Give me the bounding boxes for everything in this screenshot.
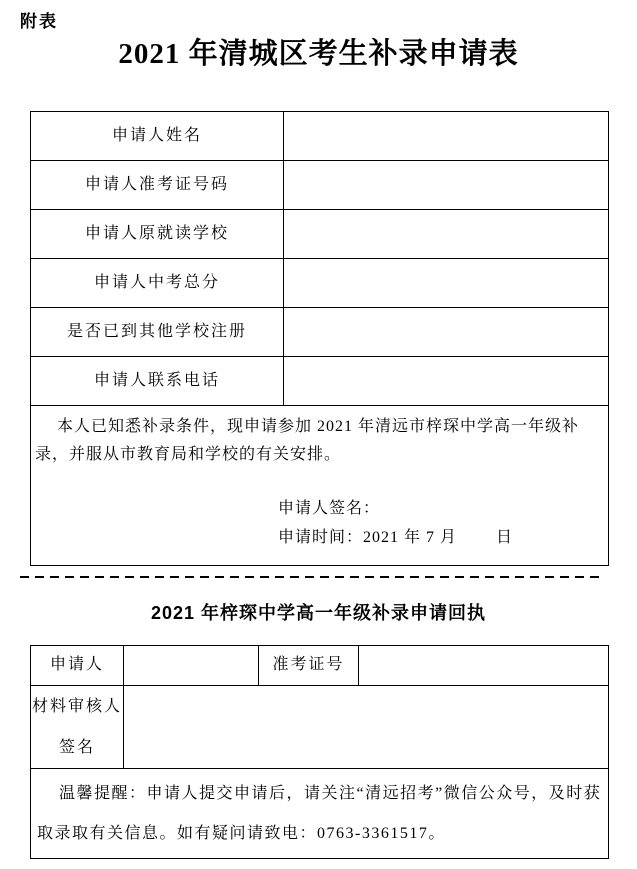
exam-ticket-number-label: 申请人准考证号码 (31, 161, 284, 210)
declaration-text: 本人已知悉补录条件，现申请参加 2021 年清远市梓琛中学高一年级补录，并服从市… (35, 413, 604, 469)
table-row: 申请人原就读学校 (31, 210, 609, 259)
table-row: 申请人姓名 (31, 112, 609, 161)
registered-elsewhere-label: 是否已到其他学校注册 (31, 308, 284, 357)
exam-ticket-number-field[interactable] (284, 161, 609, 210)
dashed-separator (20, 576, 602, 578)
page-title: 2021 年清城区考生补录申请表 (0, 31, 637, 72)
contact-phone-field[interactable] (284, 357, 609, 406)
table-row: 是否已到其他学校注册 (31, 308, 609, 357)
reviewer-signature-label: 材料审核人 签名 (31, 686, 124, 769)
receipt-ticket-label: 准考证号 (259, 646, 359, 686)
receipt-ticket-field[interactable] (359, 646, 609, 686)
original-school-label: 申请人原就读学校 (31, 210, 284, 259)
receipt-row-reminder: 温馨提醒：申请人提交申请后，请关注“清远招考”微信公众号，及时获取录取有关信息。… (31, 769, 609, 859)
table-row: 申请人联系电话 (31, 357, 609, 406)
receipt-applicant-label: 申请人 (31, 646, 124, 686)
reviewer-label-line1: 材料审核人 (31, 686, 123, 727)
signature-block: 申请人签名： 申请时间：2021 年 7 月 日 (278, 494, 604, 552)
application-table: 申请人姓名 申请人准考证号码 申请人原就读学校 申请人中考总分 是否已到其他学校… (30, 111, 609, 566)
receipt-applicant-field[interactable] (124, 646, 259, 686)
appendix-label: 附表 (20, 7, 58, 32)
applicant-name-field[interactable] (284, 112, 609, 161)
contact-phone-label: 申请人联系电话 (31, 357, 284, 406)
registered-elsewhere-field[interactable] (284, 308, 609, 357)
receipt-row-reviewer: 材料审核人 签名 (31, 686, 609, 769)
receipt-row-applicant: 申请人 准考证号 (31, 646, 609, 686)
receipt-table: 申请人 准考证号 材料审核人 签名 温馨提醒：申请人提交申请后，请关注“清远招考… (30, 645, 609, 859)
form-page: 附表 2021 年清城区考生补录申请表 申请人姓名 申请人准考证号码 申请人原就… (0, 0, 637, 869)
table-row: 申请人准考证号码 (31, 161, 609, 210)
reminder-cell: 温馨提醒：申请人提交申请后，请关注“清远招考”微信公众号，及时获取录取有关信息。… (31, 769, 609, 859)
exam-total-score-label: 申请人中考总分 (31, 259, 284, 308)
original-school-field[interactable] (284, 210, 609, 259)
applicant-name-label: 申请人姓名 (31, 112, 284, 161)
reviewer-label-line2: 签名 (31, 727, 123, 768)
exam-total-score-field[interactable] (284, 259, 609, 308)
reminder-text: 温馨提醒：申请人提交申请后，请关注“清远招考”微信公众号，及时获取录取有关信息。… (37, 774, 602, 854)
reviewer-signature-field[interactable] (124, 686, 609, 769)
receipt-title: 2021 年梓琛中学高一年级补录申请回执 (0, 599, 637, 625)
table-row: 申请人中考总分 (31, 259, 609, 308)
declaration-row: 本人已知悉补录条件，现申请参加 2021 年清远市梓琛中学高一年级补录，并服从市… (31, 406, 609, 566)
declaration-cell: 本人已知悉补录条件，现申请参加 2021 年清远市梓琛中学高一年级补录，并服从市… (31, 406, 609, 566)
signature-label[interactable]: 申请人签名： (278, 494, 604, 523)
application-date-label[interactable]: 申请时间：2021 年 7 月 日 (278, 523, 604, 552)
